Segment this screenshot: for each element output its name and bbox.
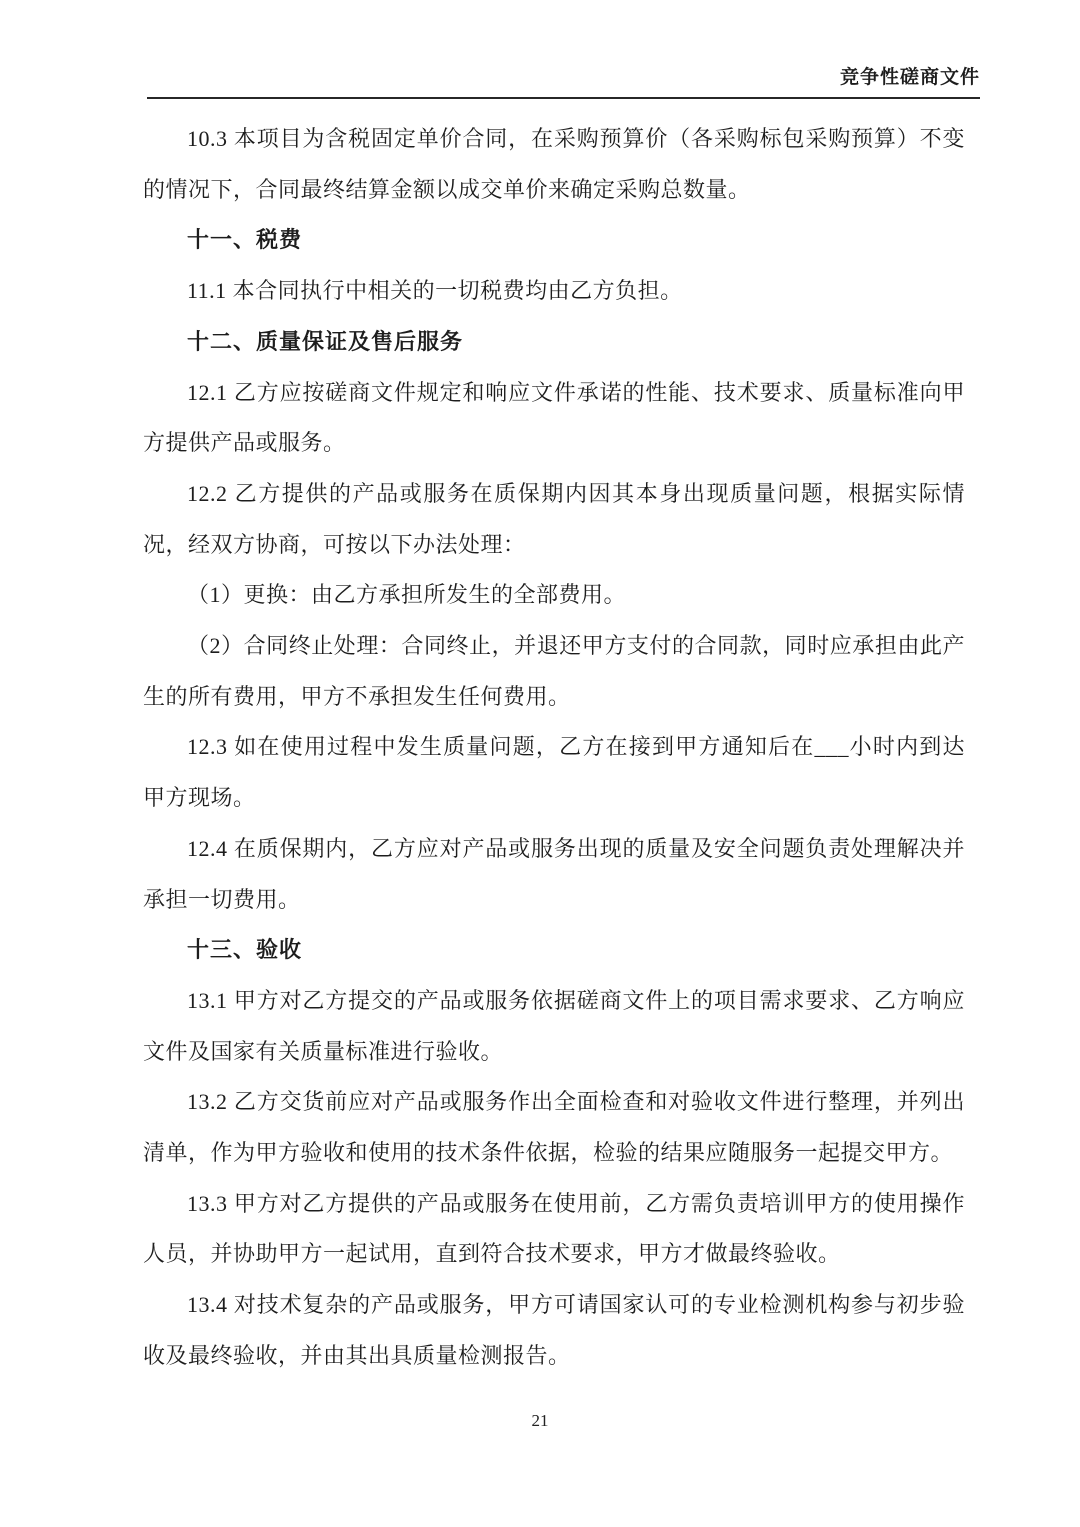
clause-12-1: 12.1 乙方应按磋商文件规定和响应文件承诺的性能、技术要求、质量标准向甲方提供… [143, 368, 965, 469]
page-number: 21 [532, 1411, 549, 1430]
clause-13-3: 13.3 甲方对乙方提供的产品或服务在使用前，乙方需负责培训甲方的使用操作人员，… [143, 1179, 965, 1280]
section-heading-13: 十三、验收 [143, 925, 965, 976]
header-title: 竞争性磋商文件 [840, 67, 980, 88]
clause-13-2: 13.2 乙方交货前应对产品或服务作出全面检查和对验收文件进行整理，并列出清单，… [143, 1077, 965, 1178]
clause-10-3: 10.3 本项目为含税固定单价合同，在采购预算价（各采购标包采购预算）不变的情况… [143, 114, 965, 215]
clause-12-3: 12.3 如在使用过程中发生质量问题，乙方在接到甲方通知后在___小时内到达甲方… [143, 722, 965, 823]
page-header: 竞争性磋商文件 [147, 62, 980, 99]
document-page: 竞争性磋商文件 10.3 本项目为含税固定单价合同，在采购预算价（各采购标包采购… [0, 0, 1080, 1527]
page-footer: 21 [0, 1406, 1080, 1436]
clause-13-4: 13.4 对技术复杂的产品或服务，甲方可请国家认可的专业检测机构参与初步验收及最… [143, 1280, 965, 1381]
section-heading-12: 十二、质量保证及售后服务 [143, 317, 965, 368]
clause-11-1: 11.1 本合同执行中相关的一切税费均由乙方负担。 [143, 266, 965, 317]
clause-12-4: 12.4 在质保期内，乙方应对产品或服务出现的质量及安全问题负责处理解决并承担一… [143, 824, 965, 925]
clause-12-2-item-2: （2）合同终止处理：合同终止，并退还甲方支付的合同款，同时应承担由此产生的所有费… [143, 621, 965, 722]
clause-12-2-item-1: （1）更换：由乙方承担所发生的全部费用。 [143, 570, 965, 621]
document-body: 10.3 本项目为含税固定单价合同，在采购预算价（各采购标包采购预算）不变的情况… [143, 114, 965, 1382]
clause-13-1: 13.1 甲方对乙方提交的产品或服务依据磋商文件上的项目需求要求、乙方响应文件及… [143, 976, 965, 1077]
clause-12-2: 12.2 乙方提供的产品或服务在质保期内因其本身出现质量问题，根据实际情况，经双… [143, 469, 965, 570]
section-heading-11: 十一、税费 [143, 215, 965, 266]
